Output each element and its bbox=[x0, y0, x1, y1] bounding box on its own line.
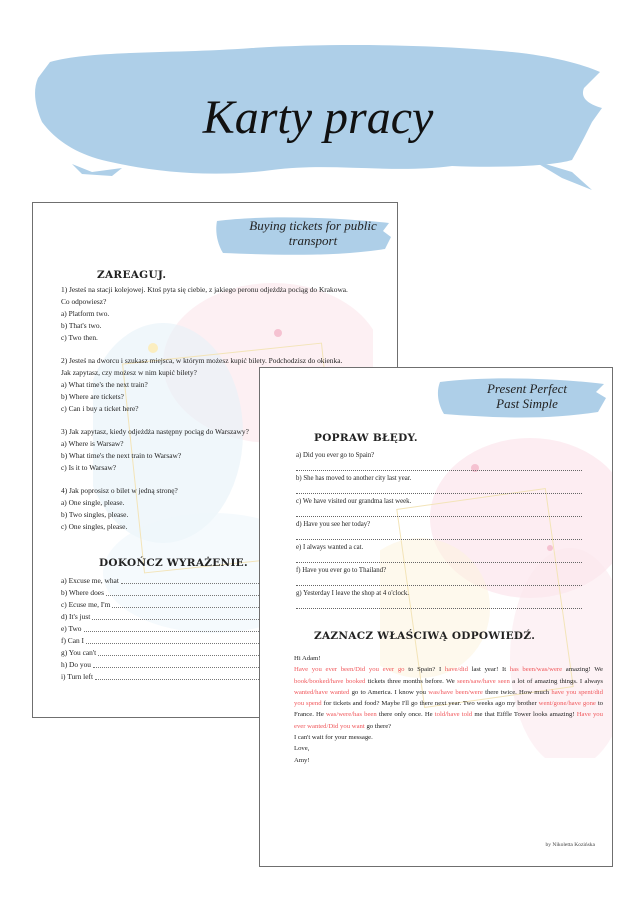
question-prompt: 1) Jesteś na stacji kolejowej. Ktoś pyta… bbox=[61, 284, 348, 296]
answer-option: b) That's two. bbox=[61, 320, 348, 332]
question-prompt: Co odpowiesz? bbox=[61, 296, 348, 308]
letter-text: there twice. How much bbox=[483, 689, 552, 696]
letter-text: amazing! We bbox=[562, 666, 603, 673]
letter-exercise: Hi Adam! Have you ever been/Did you ever… bbox=[294, 653, 603, 766]
correction-item: b) She has moved to another city last ye… bbox=[296, 473, 582, 496]
answer-line[interactable] bbox=[296, 608, 582, 609]
letter-text: tickets three months before. We bbox=[365, 678, 457, 685]
letter-greeting: Hi Adam! bbox=[294, 653, 603, 664]
answer-choice[interactable]: told/have told bbox=[435, 711, 472, 718]
worksheet-present-perfect: Present Perfect Past Simple POPRAW BŁĘDY… bbox=[259, 367, 613, 867]
answer-choice[interactable]: seen/saw/have seen bbox=[457, 678, 510, 685]
correction-list: a) Did you ever go to Spain? b) She has … bbox=[296, 450, 582, 611]
answer-line[interactable] bbox=[296, 539, 582, 540]
question-prompt: 2) Jesteś na dworcu i szukasz miejsca, w… bbox=[61, 355, 348, 367]
topic-title: Buying tickets for public transport bbox=[213, 219, 393, 249]
question-1: 1) Jesteś na stacji kolejowej. Ktoś pyta… bbox=[61, 284, 348, 344]
answer-choice[interactable]: wanted/have wanted bbox=[294, 689, 349, 696]
topic-tag: Buying tickets for public transport bbox=[213, 213, 393, 259]
section-heading-zareaguj: ZAREAGUJ. bbox=[97, 269, 166, 281]
correction-item: a) Did you ever go to Spain? bbox=[296, 450, 582, 473]
letter-text: go to America. I know you bbox=[349, 689, 428, 696]
answer-line[interactable] bbox=[296, 470, 582, 471]
answer-line[interactable] bbox=[296, 562, 582, 563]
letter-text: there only once. He bbox=[377, 711, 435, 718]
letter-text: for tickets and food? Maybe I'll go ther… bbox=[322, 700, 539, 707]
section-heading-popraw: POPRAW BŁĘDY. bbox=[314, 432, 418, 444]
section-heading-dokoncz: DOKOŃCZ WYRAŻENIE. bbox=[99, 557, 248, 569]
answer-option: c) Two then. bbox=[61, 332, 348, 344]
correction-item: c) We have visited our grandma last week… bbox=[296, 496, 582, 519]
answer-choice[interactable]: was/were/has been bbox=[326, 711, 377, 718]
answer-line[interactable] bbox=[296, 493, 582, 494]
answer-choice[interactable]: Have you ever been/Did you ever go bbox=[294, 666, 405, 673]
page-title: Karty pracy bbox=[32, 90, 604, 145]
letter-text: go there? bbox=[365, 723, 391, 730]
answer-choice[interactable]: have/did bbox=[445, 666, 468, 673]
letter-body: Have you ever been/Did you ever go to Sp… bbox=[294, 664, 603, 732]
letter-closing: Love, bbox=[294, 743, 603, 754]
answer-line[interactable] bbox=[296, 516, 582, 517]
letter-text: me that Eiffle Tower looks amazing! bbox=[472, 711, 577, 718]
topic-title: Present Perfect Past Simple bbox=[436, 382, 608, 412]
topic-tag: Present Perfect Past Simple bbox=[436, 376, 608, 422]
answer-choice[interactable]: has been/was/were bbox=[510, 666, 562, 673]
answer-option: a) Platform two. bbox=[61, 308, 348, 320]
correction-item: e) I always wanted a cat. bbox=[296, 542, 582, 565]
letter-closing: I can't wait for your message. bbox=[294, 732, 603, 743]
author-signature: by Nikoletta Kozińska bbox=[546, 842, 596, 848]
letter-text: to Spain? I bbox=[405, 666, 445, 673]
letter-text: last year! It bbox=[468, 666, 510, 673]
section-heading-zaznacz: ZAZNACZ WŁAŚCIWĄ ODPOWIEDŹ. bbox=[314, 630, 535, 642]
correction-item: g) Yesterday I leave the shop at 4 o'clo… bbox=[296, 588, 582, 611]
correction-item: f) Have you ever go to Thailand? bbox=[296, 565, 582, 588]
answer-choice[interactable]: was/have been/were bbox=[428, 689, 483, 696]
title-banner: Karty pracy bbox=[32, 42, 604, 192]
answer-choice[interactable]: book/booked/have booked bbox=[294, 678, 365, 685]
letter-closing: Amy! bbox=[294, 755, 603, 766]
answer-choice[interactable]: went/gone/have gone bbox=[539, 700, 596, 707]
answer-line[interactable] bbox=[296, 585, 582, 586]
letter-text: a lot of amazing things. I always bbox=[510, 678, 603, 685]
correction-item: d) Have you see her today? bbox=[296, 519, 582, 542]
